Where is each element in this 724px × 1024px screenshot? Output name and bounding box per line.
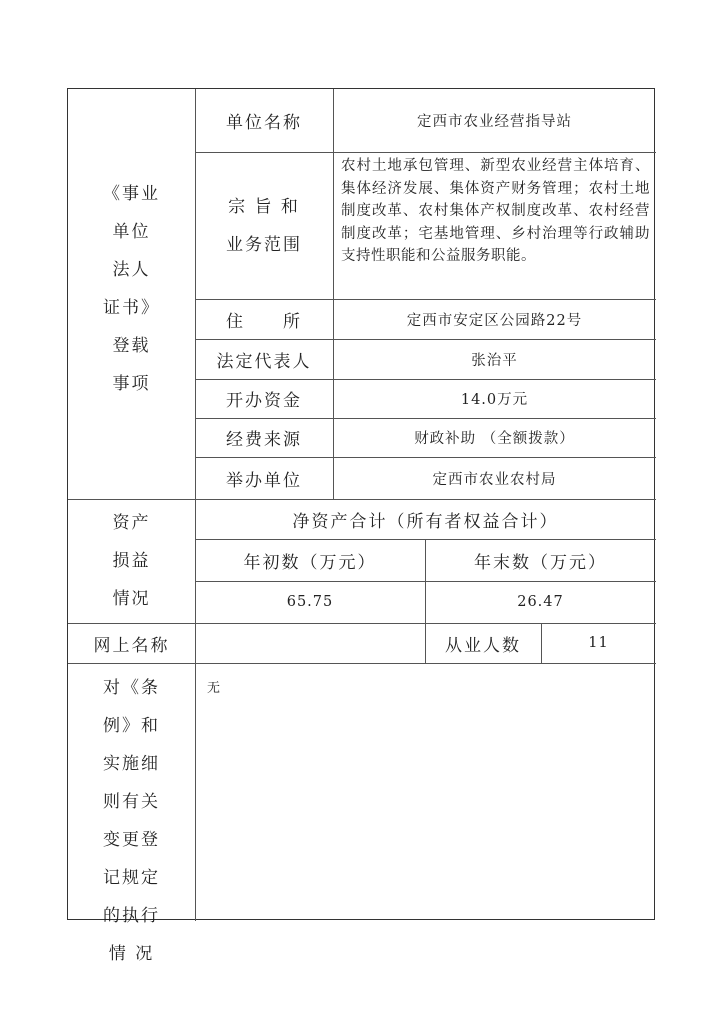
label-line: 情况 bbox=[113, 580, 151, 618]
registration-section-label: 《事业 单位 法人 证书》 登载 事项 bbox=[68, 169, 195, 409]
label-line: 例》和 bbox=[103, 707, 160, 745]
online-name-value bbox=[195, 623, 425, 663]
staff-count-value: 11 bbox=[541, 623, 656, 663]
sponsor-unit-label: 举办单位 bbox=[195, 457, 333, 499]
net-assets-header: 净资产合计（所有者权益合计） bbox=[195, 499, 656, 539]
label-line: 则有关 bbox=[103, 783, 160, 821]
unit-name-label: 单位名称 bbox=[195, 89, 333, 152]
end-of-year-header: 年末数（万元） bbox=[425, 539, 656, 581]
legal-representative-label: 法定代表人 bbox=[195, 339, 333, 379]
label-line: 登载 bbox=[113, 327, 151, 365]
label-line: 单位 bbox=[113, 213, 151, 251]
registered-capital-label: 开办资金 bbox=[195, 379, 333, 418]
label-line: 情 况 bbox=[109, 935, 154, 973]
compliance-section-label: 对《条 例》和 实施细 则有关 变更登 记规定 的执行 情 况 bbox=[68, 663, 195, 921]
compliance-value: 无 bbox=[195, 663, 656, 921]
label-line: 实施细 bbox=[103, 745, 160, 783]
label-line: 的执行 bbox=[103, 897, 160, 935]
address-value: 定西市安定区公园路22号 bbox=[333, 299, 656, 339]
legal-representative-value: 张治平 bbox=[333, 339, 656, 379]
end-of-year-value: 26.47 bbox=[425, 581, 656, 623]
label-line: 证书》 bbox=[103, 289, 160, 327]
label-line: 法人 bbox=[113, 251, 151, 289]
label-line: 业务范围 bbox=[226, 226, 302, 264]
funding-source-label: 经费来源 bbox=[195, 418, 333, 457]
label-line: 变更登 bbox=[103, 821, 160, 859]
label-line: 事项 bbox=[113, 365, 151, 403]
address-label: 住 所 bbox=[195, 299, 333, 339]
label-line: 《事业 bbox=[103, 175, 160, 213]
business-scope-label: 宗 旨 和 业务范围 bbox=[195, 152, 333, 299]
label-line: 宗 旨 和 bbox=[228, 188, 300, 226]
label-line: 资产 bbox=[113, 504, 151, 542]
online-name-label: 网上名称 bbox=[68, 623, 195, 663]
registered-capital-value: 14.0万元 bbox=[333, 379, 656, 418]
business-scope-value: 农村土地承包管理、新型农业经营主体培育、集体经济发展、集体资产财务管理；农村土地… bbox=[333, 152, 656, 299]
unit-name-value: 定西市农业经营指导站 bbox=[333, 89, 656, 152]
label-line: 对《条 bbox=[103, 669, 160, 707]
label-line: 损益 bbox=[113, 542, 151, 580]
assets-section-label: 资产 损益 情况 bbox=[68, 499, 195, 623]
registration-form-table: 《事业 单位 法人 证书》 登载 事项 单位名称 定西市农业经营指导站 宗 旨 … bbox=[67, 88, 655, 920]
staff-count-label: 从业人数 bbox=[425, 623, 541, 663]
start-of-year-header: 年初数（万元） bbox=[195, 539, 425, 581]
sponsor-unit-value: 定西市农业农村局 bbox=[333, 457, 656, 499]
start-of-year-value: 65.75 bbox=[195, 581, 425, 623]
label-line: 记规定 bbox=[103, 859, 160, 897]
funding-source-value: 财政补助 （全额拨款） bbox=[333, 418, 656, 457]
